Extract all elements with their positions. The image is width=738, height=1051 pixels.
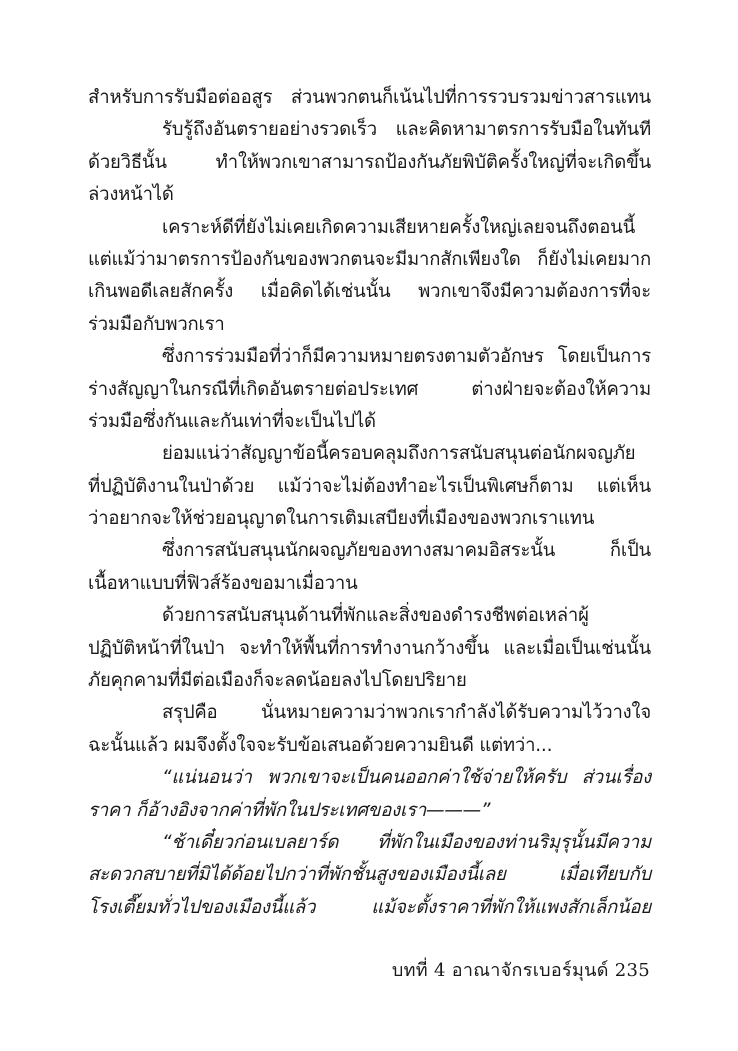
text-line: เคราะห์ดีที่ยังไม่เคยเกิดความเสียหายครั้… (88, 212, 651, 244)
text-line: เนื้อหาแบบที่ฟิวส์ร้องขอมาเมื่อวาน (88, 568, 651, 600)
text-line: ซึ่งการสนับสนุนนักผจญภัยของทางสมาคมอิสระ… (88, 535, 651, 567)
dialogue-line: ราคา ก็อ้างอิงจากค่าที่พักในประเทศของเรา… (88, 795, 651, 827)
text-line: ด้วยวิธีนั้น ทำให้พวกเขาสามารถป้องกันภัย… (88, 147, 651, 179)
text-line: สำหรับการรับมือต่ออสูร ส่วนพวกตนก็เน้นไป… (88, 82, 651, 114)
dialogue-line: สะดวกสบายที่มิได้ด้อยไปกว่าที่พักชั้นสูง… (88, 859, 651, 891)
text-line: ร่างสัญญาในกรณีที่เกิดอันตรายต่อประเทศ ต… (88, 374, 651, 406)
text-line: ร่วมมือซึ่งกันและกันเท่าที่จะเป็นไปได้ (88, 406, 651, 438)
text-line: ว่าอยากจะให้ช่วยอนุญาตในการเติมเสบียงที่… (88, 503, 651, 535)
text-line: ด้วยการสนับสนุนด้านที่พักและสิ่งของดำรงช… (88, 600, 651, 632)
text-line: ฉะนั้นแล้ว ผมจึงตั้งใจจะรับข้อเสนอด้วยคว… (88, 730, 651, 762)
text-line: ที่ปฏิบัติงานในป่าด้วย แม้ว่าจะไม่ต้องทำ… (88, 471, 651, 503)
text-line: สรุปคือ นั่นหมายความว่าพวกเรากำลังได้รับ… (88, 697, 651, 729)
page-footer: บทที่ 4 อาณาจักรเบอร์มุนด์ 235 (392, 957, 650, 985)
running-footer-text: บทที่ 4 อาณาจักรเบอร์มุนด์ 235 (392, 960, 650, 981)
book-page: สำหรับการรับมือต่ออสูร ส่วนพวกตนก็เน้นไป… (0, 0, 738, 1051)
body-text: สำหรับการรับมือต่ออสูร ส่วนพวกตนก็เน้นไป… (88, 82, 651, 924)
text-line: ย่อมแน่ว่าสัญญาข้อนี้ครอบคลุมถึงการสนับส… (88, 438, 651, 470)
text-line: เกินพอดีเลยสักครั้ง เมื่อคิดได้เช่นนั้น … (88, 276, 651, 308)
text-line: ล่วงหน้าได้ (88, 179, 651, 211)
dialogue-line: “แน่นอนว่า พวกเขาจะเป็นคนออกค่าใช้จ่ายให… (88, 762, 651, 794)
text-line: รับรู้ถึงอันตรายอย่างรวดเร็ว และคิดหามาต… (88, 114, 651, 146)
dialogue-line: “ช้าเดี๋ยวก่อนเบลยาร์ด ที่พักในเมืองของท… (88, 827, 651, 859)
text-line: ซึ่งการร่วมมือที่ว่าก็มีความหมายตรงตามตั… (88, 341, 651, 373)
text-line: แต่แม้ว่ามาตรการป้องกันของพวกตนจะมีมากสั… (88, 244, 651, 276)
text-line: ร่วมมือกับพวกเรา (88, 309, 651, 341)
dialogue-line: โรงเตี๊ยมทั่วไปของเมืองนี้แล้ว แม้จะตั้ง… (88, 892, 651, 924)
text-line: ปฏิบัติหน้าที่ในป่า จะทำให้พื้นที่การทำง… (88, 633, 651, 665)
text-line: ภัยคุกคามที่มีต่อเมืองก็จะลดน้อยลงไปโดยป… (88, 665, 651, 697)
